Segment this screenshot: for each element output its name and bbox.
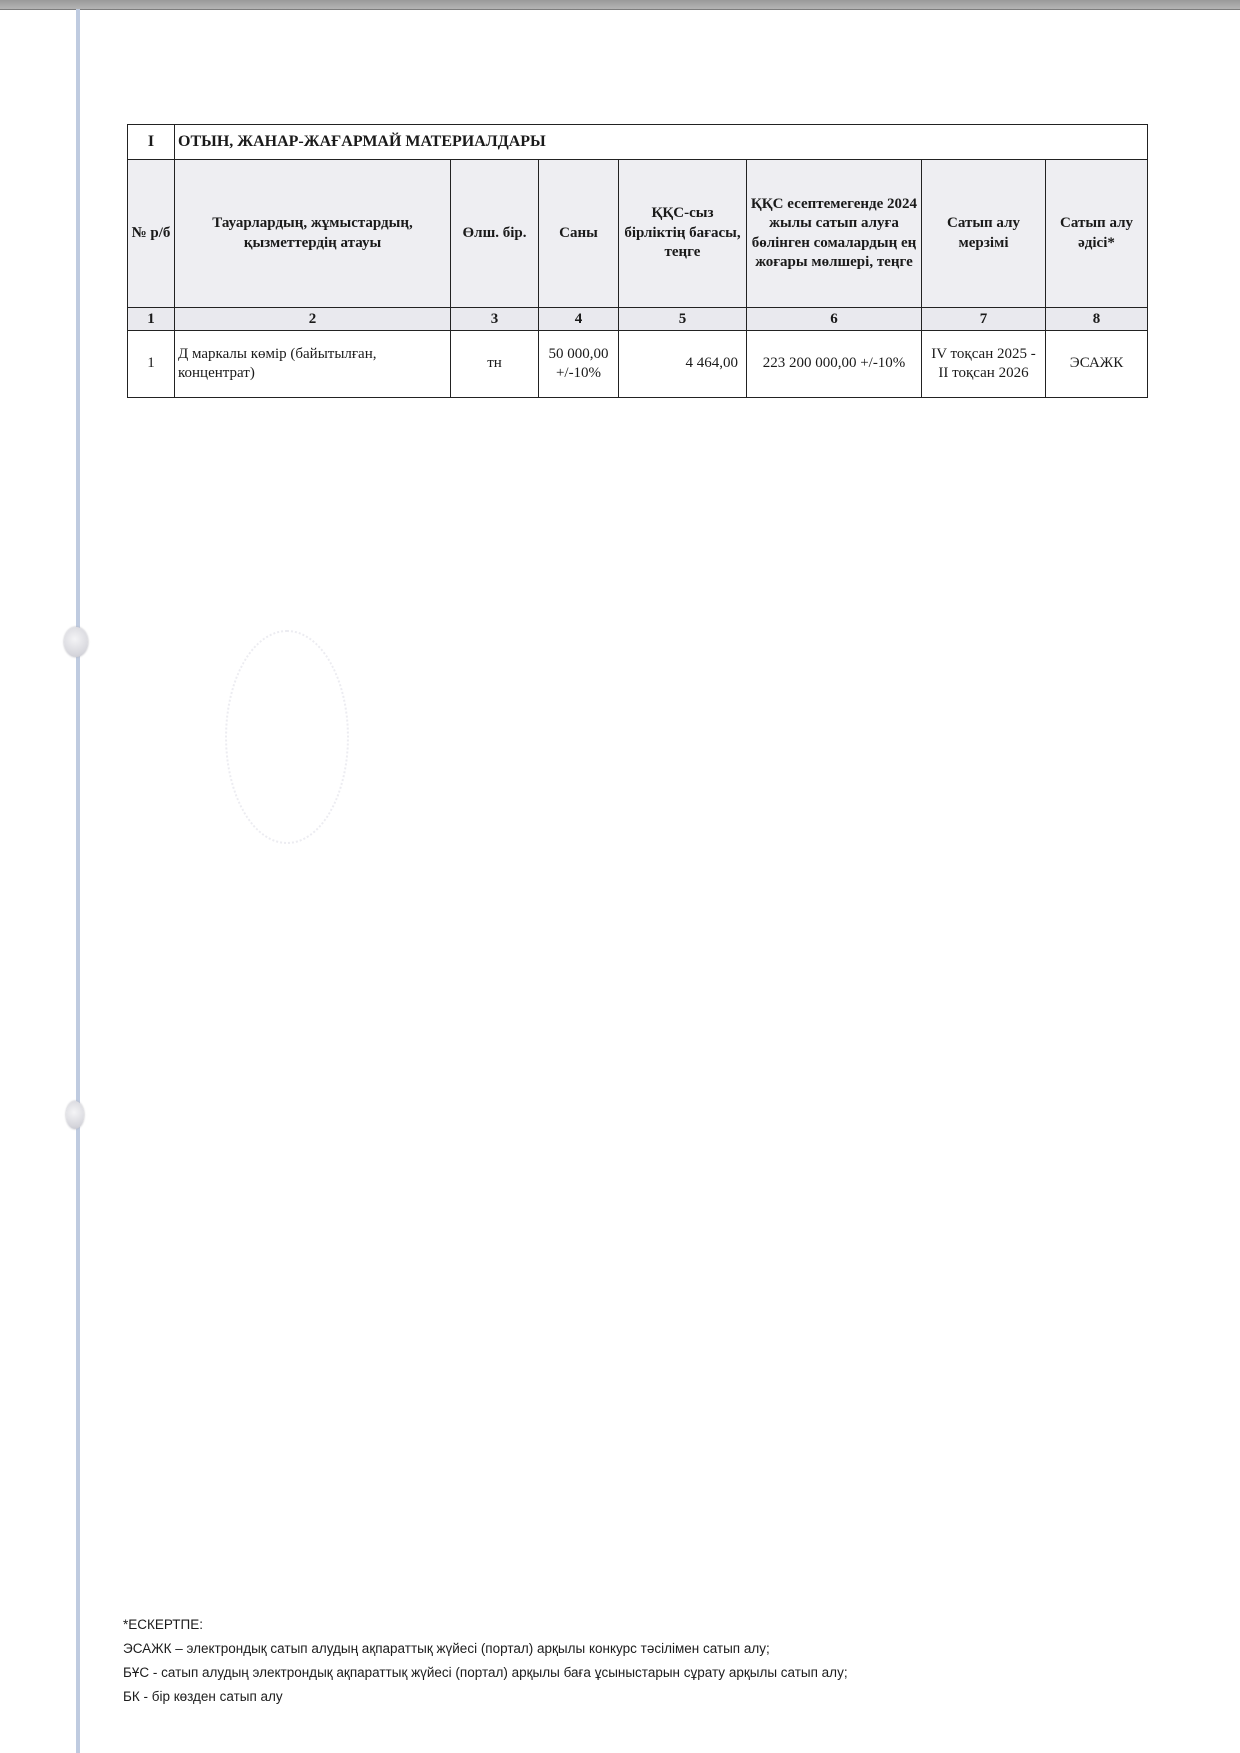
footnote-line: БК - бір көзден сатып алу: [123, 1685, 848, 1709]
section-title: ОТЫН, ЖАНАР-ЖАҒАРМАЙ МАТЕРИАЛДАРЫ: [175, 125, 1148, 160]
item-quantity: 50 000,00 +/-10%: [539, 331, 619, 398]
section-number: I: [128, 125, 175, 160]
header-name: Тауарлардың, жұмыстардың, қызметтердің а…: [175, 160, 451, 308]
scan-top-edge: [0, 0, 1240, 10]
table-row: 1 Д маркалы көмір (байытылған, концентра…: [128, 331, 1148, 398]
item-unit-price: 4 464,00: [619, 331, 747, 398]
column-number: 6: [747, 308, 922, 331]
column-number: 7: [922, 308, 1046, 331]
procurement-table: I ОТЫН, ЖАНАР-ЖАҒАРМАЙ МАТЕРИАЛДАРЫ № р/…: [127, 124, 1148, 398]
header-unit: Өлш. бір.: [451, 160, 539, 308]
item-period: IV тоқсан 2025 - II тоқсан 2026: [922, 331, 1046, 398]
binder-line: [76, 9, 80, 1753]
item-max-amount: 223 200 000,00 +/-10%: [747, 331, 922, 398]
item-name: Д маркалы көмір (байытылған, концентрат): [175, 331, 451, 398]
section-row: I ОТЫН, ЖАНАР-ЖАҒАРМАЙ МАТЕРИАЛДАРЫ: [128, 125, 1148, 160]
item-method: ЭСАЖК: [1046, 331, 1148, 398]
column-number: 1: [128, 308, 175, 331]
item-unit: тн: [451, 331, 539, 398]
column-number: 3: [451, 308, 539, 331]
header-number: № р/б: [128, 160, 175, 308]
header-method: Сатып алу әдісі*: [1046, 160, 1148, 308]
footnote-line: БҰС - сатып алудың электрондық ақпаратты…: [123, 1661, 848, 1685]
footnote-line: ЭСАЖК – электрондық сатып алудың ақпарат…: [123, 1637, 848, 1661]
header-unit-price: ҚҚС-сыз бірліктің бағасы, теңге: [619, 160, 747, 308]
punch-hole: [64, 627, 88, 657]
column-number: 8: [1046, 308, 1148, 331]
column-number-row: 1 2 3 4 5 6 7 8: [128, 308, 1148, 331]
header-quantity: Саны: [539, 160, 619, 308]
footnote: *ЕСКЕРТПЕ: ЭСАЖК – электрондық сатып алу…: [123, 1613, 848, 1709]
header-max-amount: ҚҚС есептемегенде 2024 жылы сатып алуға …: [747, 160, 922, 308]
header-row: № р/б Тауарлардың, жұмыстардың, қызметте…: [128, 160, 1148, 308]
faint-stamp-mark: [225, 630, 349, 844]
header-period: Сатып алу мерзімі: [922, 160, 1046, 308]
column-number: 4: [539, 308, 619, 331]
punch-hole: [66, 1101, 84, 1129]
footnote-title: *ЕСКЕРТПЕ:: [123, 1613, 848, 1637]
row-number: 1: [128, 331, 175, 398]
column-number: 5: [619, 308, 747, 331]
column-number: 2: [175, 308, 451, 331]
